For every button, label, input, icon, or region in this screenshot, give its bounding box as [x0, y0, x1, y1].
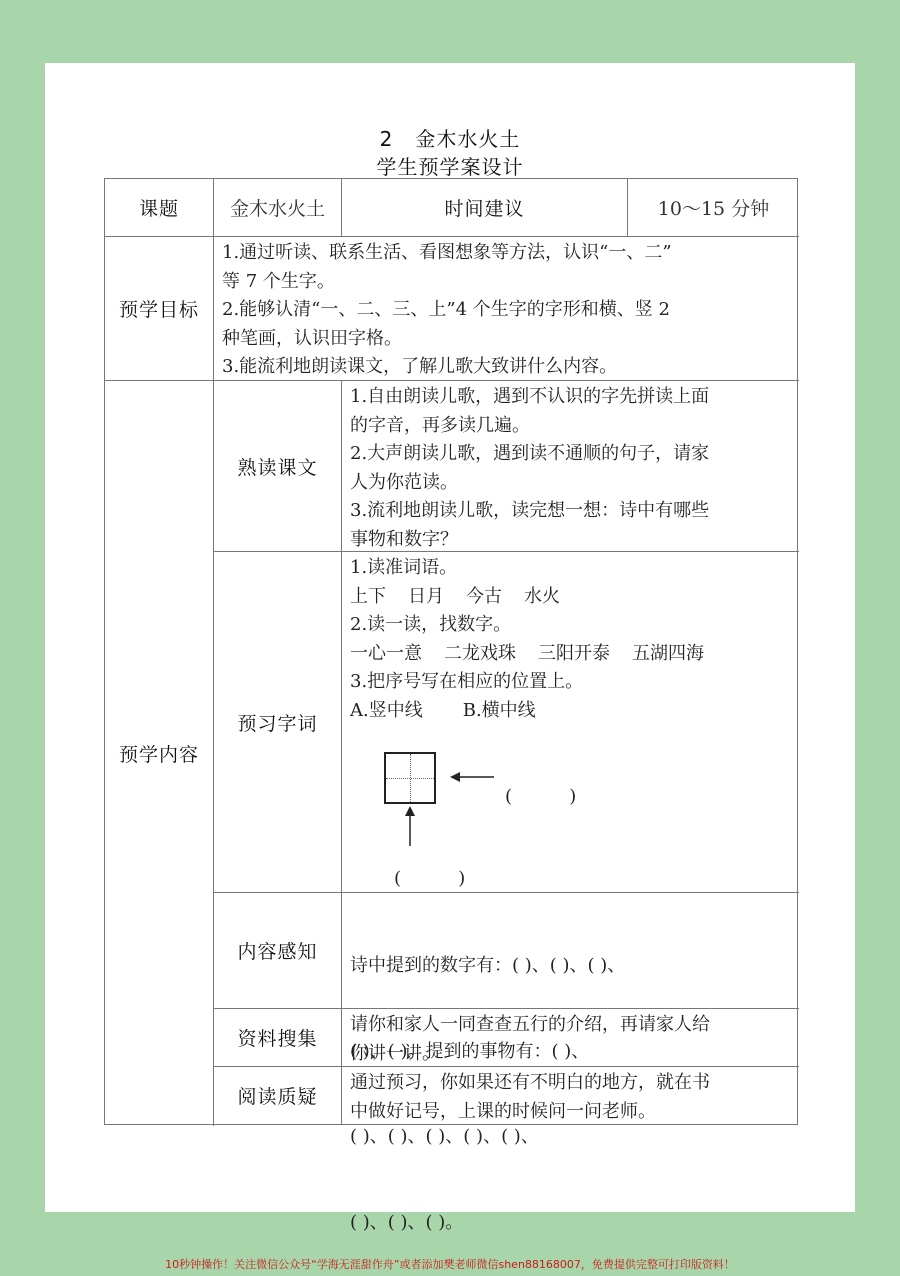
section-read-label: 熟读课文: [214, 381, 342, 552]
perception-line: ( )、( )、( )。: [350, 1209, 791, 1238]
lesson-title: 2 金木水火土: [45, 123, 855, 152]
option-list: A.竖中线B.横中线: [350, 697, 791, 726]
topic-label: 课题: [105, 179, 214, 237]
read-line: 1.自由朗读儿歌，遇到不认识的字先拼读上面: [350, 383, 791, 412]
tianzige-grid-icon: [384, 752, 436, 804]
horizontal-midline: [386, 778, 434, 779]
goal-line: 等 7 个生字。: [222, 268, 791, 297]
topic-value: 金木水火土: [214, 179, 342, 237]
idiom: 三阳开泰: [538, 640, 610, 669]
lesson-name: 金木水火土: [415, 127, 520, 151]
goals-label: 预学目标: [105, 237, 214, 381]
section-research-content: 请你和家人一同查查五行的介绍，再请家人给 你讲一讲。: [342, 1009, 799, 1067]
answer-blank-vertical[interactable]: ( ): [394, 865, 465, 894]
time-label: 时间建议: [342, 179, 628, 237]
goal-line: 2.能够认清“一、二、三、上”4 个生字的字形和横、竖 2: [222, 296, 791, 325]
section-words-label: 预习字词: [214, 552, 342, 893]
section-questions-content: 通过预习，你如果还有不明白的地方，就在书 中做好记号，上课的时候问一问老师。: [342, 1067, 799, 1124]
goal-line: 种笔画，认识田字格。: [222, 325, 791, 354]
goal-line: 3.能流利地朗读课文，了解儿歌大致讲什么内容。: [222, 353, 791, 382]
perception-line: ( )、( )、( )、( )、( )、: [350, 1123, 791, 1152]
word: 上下: [350, 583, 386, 612]
arrow-left-icon: [450, 770, 494, 784]
read-line: 2.大声朗读儿歌，遇到读不通顺的句子，请家: [350, 440, 791, 469]
questions-line: 中做好记号，上课的时候问一问老师。: [350, 1098, 791, 1127]
section-research-label: 资料搜集: [214, 1009, 342, 1067]
worksheet-subtitle: 学生预学案设计: [45, 151, 855, 180]
worksheet-page: 2 金木水火土 学生预学案设计 课题 金木水火土 时间建议 10～15 分钟 预…: [45, 63, 855, 1212]
time-value: 10～15 分钟: [628, 179, 799, 237]
perception-line: 诗中提到的数字有：( )、( )、( )、: [350, 952, 791, 981]
goals-content: 1.通过听读、联系生活、看图想象等方法，认识“一、二” 等 7 个生字。 2.能…: [214, 237, 799, 381]
idiom: 一心一意: [350, 640, 422, 669]
arrow-up-icon: [403, 806, 417, 846]
section-perception-label: 内容感知: [214, 893, 342, 1009]
preview-table: 课题 金木水火土 时间建议 10～15 分钟 预学目标 1.通过听读、联系生活、…: [104, 178, 798, 1125]
answer-blank-horizontal[interactable]: ( ): [505, 783, 576, 812]
idiom-list: 一心一意二龙戏珠三阳开泰五湖四海: [350, 640, 791, 669]
words-question-2: 2.读一读，找数字。: [350, 611, 791, 640]
word: 水火: [524, 583, 560, 612]
section-questions-label: 阅读质疑: [214, 1067, 342, 1124]
read-line: 的字音，再多读几遍。: [350, 412, 791, 441]
research-line: 你讲一讲。: [350, 1040, 791, 1069]
words-question-3: 3.把序号写在相应的位置上。: [350, 668, 791, 697]
option-b: B.横中线: [463, 697, 536, 726]
read-line: 事物和数字？: [350, 526, 791, 555]
words-question-1: 1.读准词语。: [350, 554, 791, 583]
section-words-content: 1.读准词语。 上下日月今古水火 2.读一读，找数字。 一心一意二龙戏珠三阳开泰…: [342, 552, 799, 893]
word: 日月: [408, 583, 444, 612]
read-line: 人为你范读。: [350, 469, 791, 498]
promo-watermark: 10秒钟操作！关注微信公众号“学海无涯甜作舟”或者添加樊老师微信shen8816…: [0, 1256, 900, 1272]
word: 今古: [466, 583, 502, 612]
questions-line: 通过预习，你如果还有不明白的地方，就在书: [350, 1069, 791, 1098]
option-a: A.竖中线: [350, 697, 423, 726]
idiom: 五湖四海: [632, 640, 704, 669]
lesson-number: 2: [380, 127, 394, 151]
read-line: 3.流利地朗读儿歌，读完想一想：诗中有哪些: [350, 497, 791, 526]
research-line: 请你和家人一同查查五行的介绍，再请家人给: [350, 1011, 791, 1040]
section-perception-content: 诗中提到的数字有：( )、( )、( )、 ( )、( )。提到的事物有：( )…: [342, 893, 799, 1009]
goal-line: 1.通过听读、联系生活、看图想象等方法，认识“一、二”: [222, 239, 791, 268]
idiom: 二龙戏珠: [444, 640, 516, 669]
section-read-content: 1.自由朗读儿歌，遇到不认识的字先拼读上面 的字音，再多读几遍。 2.大声朗读儿…: [342, 381, 799, 552]
content-label: 预学内容: [105, 381, 214, 1126]
word-list: 上下日月今古水火: [350, 583, 791, 612]
